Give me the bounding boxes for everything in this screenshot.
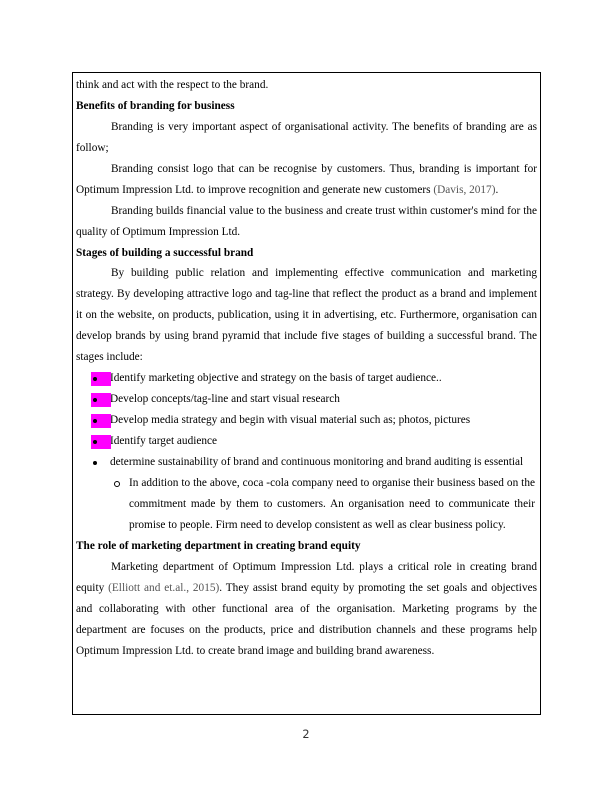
list-item-stage: Develop concepts/tag-line and start visu… [76,389,537,410]
page-number: 2 [0,728,612,741]
hollow-bullet-icon [114,481,120,487]
citation-elliott: (Elliott and et.al., 2015) [108,582,219,594]
highlighted-bullet-icon [91,435,111,449]
heading-stages-of-building: Stages of building a successful brand [76,243,537,264]
highlighted-bullet-icon [91,372,111,386]
list-subitem: In addition to the above, coca -cola com… [76,473,537,536]
page-content-frame: think and act with the respect to the br… [72,72,541,715]
paragraph-branding-logo: Branding consist logo that can be recogn… [76,159,537,201]
paragraph-financial-value: Branding builds financial value to the b… [76,201,537,243]
list-item-stage: Identify marketing objective and strateg… [76,368,537,389]
highlighted-bullet-icon [91,414,111,428]
bullet-icon [91,456,111,470]
highlighted-bullet-icon [91,393,111,407]
heading-role-of-marketing: The role of marketing department in crea… [76,536,537,557]
stages-list: Identify marketing objective and strateg… [76,368,537,536]
heading-benefits-of-branding: Benefits of branding for business [76,96,537,117]
paragraph-marketing-role: Marketing department of Optimum Impressi… [76,557,537,662]
continuation-text: think and act with the respect to the br… [76,75,537,96]
citation-davis: (Davis, 2017) [433,184,495,196]
list-item-stage: determine sustainability of brand and co… [76,452,537,473]
paragraph-end: . [495,184,498,196]
paragraph-benefits-intro: Branding is very important aspect of org… [76,117,537,159]
list-item-stage: Develop media strategy and begin with vi… [76,410,537,431]
paragraph-stages-intro: By building public relation and implemen… [76,263,537,368]
list-item-stage: Identify target audience [76,431,537,452]
